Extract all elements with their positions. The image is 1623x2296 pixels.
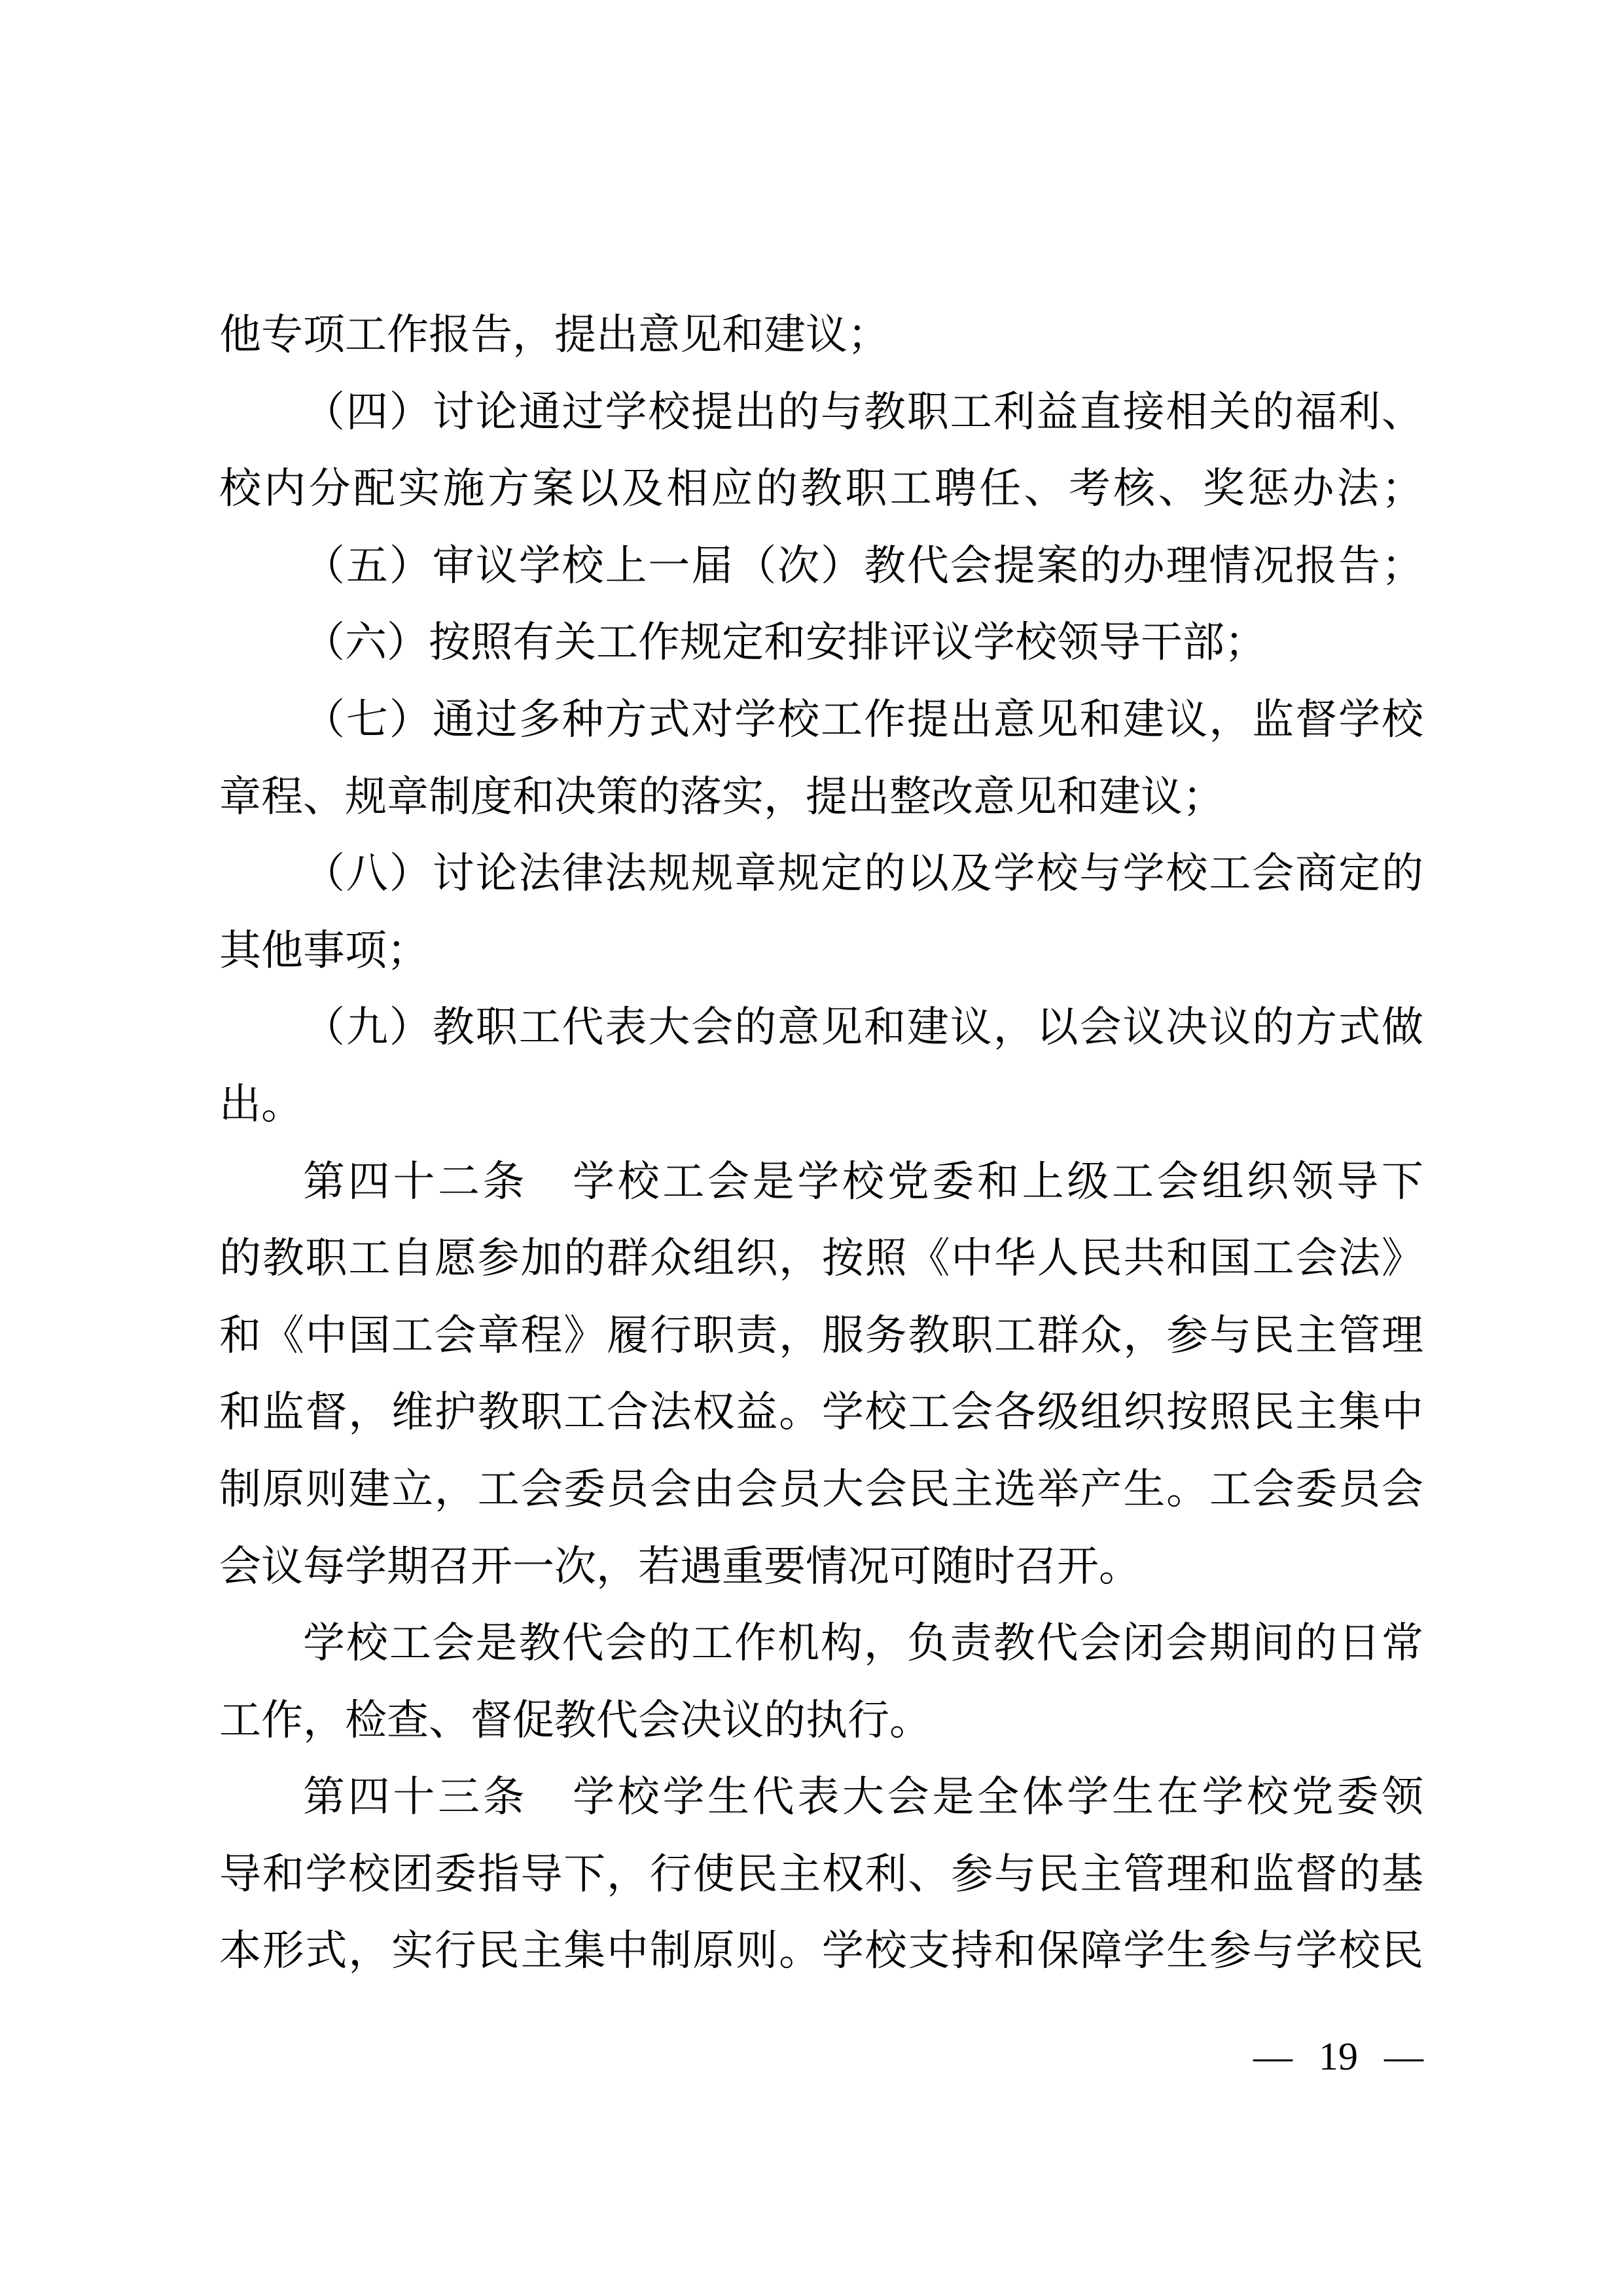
document-line: 和《中国工会章程》履行职责，服务教职工群众，参与民主管理 (219, 1297, 1423, 1374)
document-text-block: 他专项工作报告，提出意见和建议； （四）讨论通过学校提出的与教职工利益直接相关的… (219, 296, 1423, 1990)
document-line: 和监督，维护教职工合法权益。学校工会各级组织按照民主集中 (219, 1374, 1423, 1451)
document-line: 的教职工自愿参加的群众组织，按照《中华人民共和国工会法》 (219, 1220, 1423, 1297)
document-line: 导和学校团委指导下，行使民主权利、参与民主管理和监督的基 (219, 1836, 1423, 1913)
page-number: — 19 — (219, 2036, 1423, 2077)
document-line: 工作，检查、督促教代会决议的执行。 (219, 1682, 1423, 1759)
document-page: 他专项工作报告，提出意见和建议； （四）讨论通过学校提出的与教职工利益直接相关的… (0, 0, 1623, 2296)
document-line: （五）审议学校上一届（次）教代会提案的办理情况报告； (219, 528, 1423, 605)
document-line: 制原则建立，工会委员会由会员大会民主选举产生。工会委员会 (219, 1451, 1423, 1528)
document-line: 章程、规章制度和决策的落实，提出整改意见和建议； (219, 759, 1423, 836)
document-line: 会议每学期召开一次，若遇重要情况可随时召开。 (219, 1528, 1423, 1605)
document-line: （六）按照有关工作规定和安排评议学校领导干部； (219, 604, 1423, 681)
document-line: （七）通过多种方式对学校工作提出意见和建议，监督学校 (219, 681, 1423, 759)
document-line: 第四十二条 学校工会是学校党委和上级工会组织领导下 (219, 1143, 1423, 1221)
document-line: （九）教职工代表大会的意见和建议，以会议决议的方式做 (219, 989, 1423, 1066)
document-line: 学校工会是教代会的工作机构，负责教代会闭会期间的日常 (219, 1605, 1423, 1682)
document-line: 校内分配实施方案以及相应的教职工聘任、考核、奖惩办法； (219, 450, 1423, 528)
document-line: 本形式，实行民主集中制原则。学校支持和保障学生参与学校民 (219, 1912, 1423, 1990)
document-line: 第四十三条 学校学生代表大会是全体学生在学校党委领 (219, 1759, 1423, 1836)
document-line: 他专项工作报告，提出意见和建议； (219, 296, 1423, 374)
document-line: 其他事项； (219, 912, 1423, 990)
document-line: 出。 (219, 1066, 1423, 1143)
document-line: （八）讨论法律法规规章规定的以及学校与学校工会商定的 (219, 835, 1423, 912)
document-line: （四）讨论通过学校提出的与教职工利益直接相关的福利、 (219, 374, 1423, 451)
